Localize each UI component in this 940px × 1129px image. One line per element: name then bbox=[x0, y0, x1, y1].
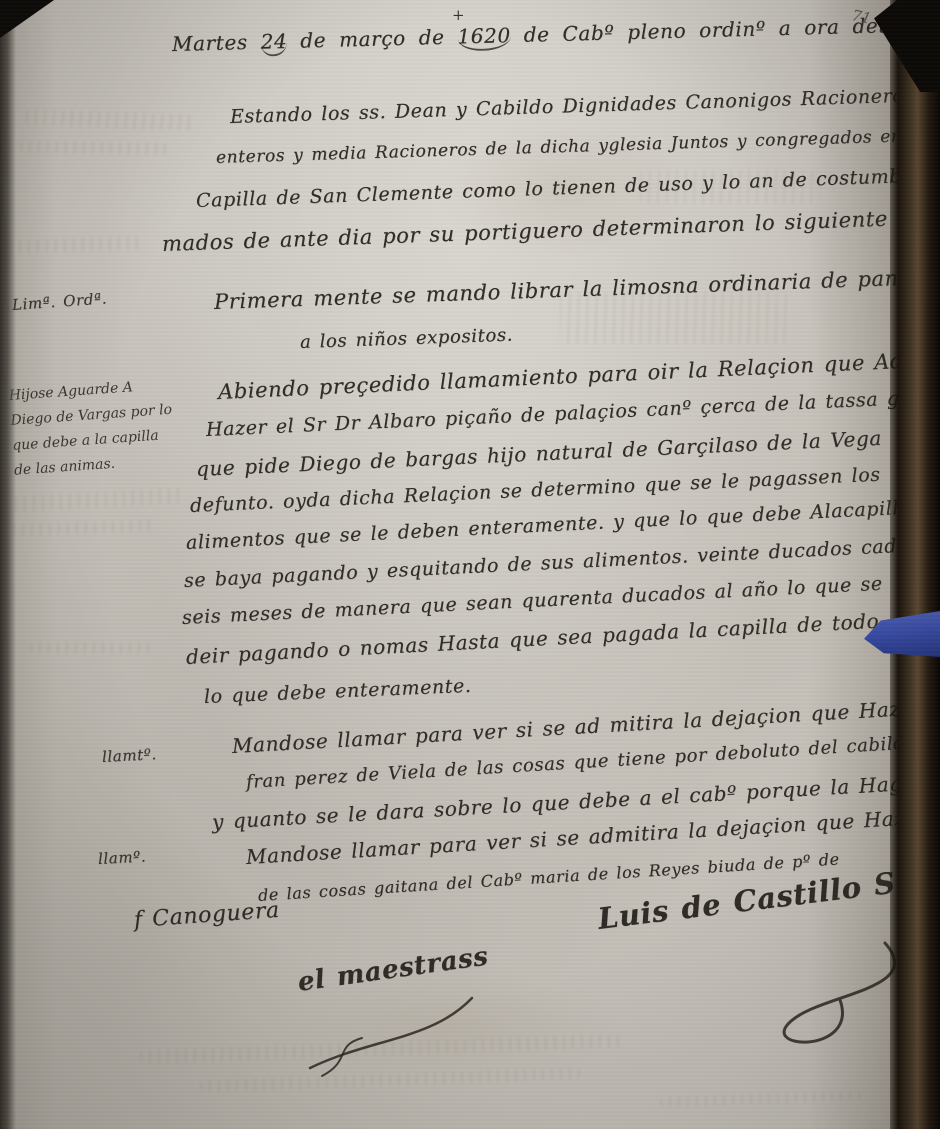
manuscript-line: Capilla de San Clemente como lo tienen d… bbox=[196, 163, 940, 212]
manuscript-line: Primera mente se mando librar la limosna… bbox=[214, 266, 900, 314]
manuscript-line: enteros y media Racioneros de la dicha y… bbox=[216, 126, 928, 168]
closing-name-left: f Canoguera bbox=[133, 898, 280, 933]
heading-day-underlined: 24 bbox=[260, 29, 287, 57]
manuscript-line: a los niños expositos. bbox=[300, 325, 514, 353]
manuscript-photo: Martes 24 de março de 1620 de Cabº pleno… bbox=[0, 0, 940, 1129]
heading-date-line: Martes 24 de março de 1620 de Cabº pleno… bbox=[172, 11, 940, 56]
folio-number: 71 bbox=[850, 6, 872, 28]
page-left-edge bbox=[0, 0, 16, 1129]
heading-segment: de Cabº pleno ordinº a ora determinada bbox=[510, 11, 940, 47]
ink-layer: Martes 24 de março de 1620 de Cabº pleno… bbox=[0, 0, 940, 1129]
margin-note-llamamiento-2: llamº. bbox=[98, 847, 147, 867]
margin-note-vargas: Hijose Aguarde A Diego de Vargas por lo … bbox=[8, 373, 176, 484]
manuscript-line: mados de ante dia por su portiguero dete… bbox=[162, 207, 889, 256]
margin-note-llamamiento-1: llamtº. bbox=[102, 745, 158, 766]
margin-note-limosna: Limª. Ordª. bbox=[11, 289, 107, 314]
heading-segment: de março de bbox=[287, 25, 458, 53]
manuscript-line: lo que debe enteramente. bbox=[204, 675, 472, 708]
signature-rubric-center bbox=[292, 990, 492, 1080]
book-fore-edge bbox=[890, 0, 940, 1129]
heading-segment: Martes bbox=[172, 30, 261, 56]
manuscript-line: Estando los ss. Dean y Cabildo Dignidade… bbox=[230, 84, 915, 128]
heading-year-underlined: 1620 bbox=[457, 23, 511, 51]
cross-mark: + bbox=[452, 6, 465, 24]
signature-rubric-right bbox=[690, 938, 910, 1068]
